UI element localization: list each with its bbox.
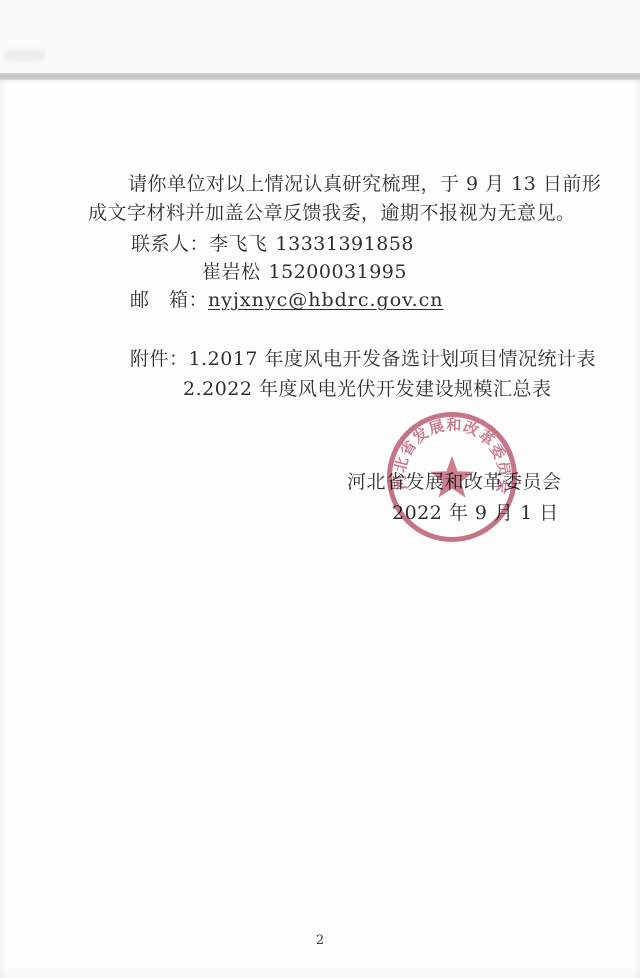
- page-edge-shadow-left: [0, 80, 7, 978]
- attachment-item-1: 1.2017 年度风电开发备选计划项目情况统计表: [189, 348, 597, 370]
- page-number: 2: [0, 933, 640, 948]
- email-label: 邮 箱：: [130, 289, 208, 311]
- contact-label: 联系人：: [131, 233, 209, 255]
- scan-top-strip: [0, 0, 640, 73]
- email-address: nyjxnyc@hbdrc.gov.cn: [208, 289, 444, 311]
- contact-line-2: 崔岩松15200031995: [202, 260, 407, 284]
- scanned-document-page: 请你单位对以上情况认真研究梳理，于 9 月 13 日前形 成文字材料并加盖公章反…: [0, 0, 640, 978]
- page-edge-shadow-bottom: [0, 964, 640, 978]
- contact-1-phone: 13331391858: [276, 233, 414, 255]
- contact-line-1: 联系人：李飞飞13331391858: [131, 232, 414, 256]
- body-text-line-2: 成文字材料并加盖公章反馈我委，逾期不报视为无意见。: [88, 201, 576, 225]
- issue-date: 2022 年 9 月 1 日: [392, 501, 559, 525]
- scan-smudge: [4, 49, 46, 61]
- page-edge-shadow-right: [633, 80, 640, 978]
- contact-1-name: 李飞飞: [209, 233, 268, 255]
- issuer-name: 河北省发展和改革委员会: [347, 470, 562, 494]
- attachment-line-2: 2.2022 年度风电光伏开发建设规模汇总表: [183, 377, 552, 401]
- attachment-item-2: 2.2022 年度风电光伏开发建设规模汇总表: [183, 378, 552, 400]
- email-line: 邮 箱：nyjxnyc@hbdrc.gov.cn: [130, 288, 444, 312]
- contact-2-name: 崔岩松: [202, 261, 261, 283]
- contact-2-phone: 15200031995: [269, 261, 407, 283]
- attachment-line-1: 附件：1.2017 年度风电开发备选计划项目情况统计表: [130, 347, 596, 371]
- body-text-line-1: 请你单位对以上情况认真研究梳理，于 9 月 13 日前形: [128, 172, 601, 196]
- scan-artifact-band: [0, 73, 640, 80]
- attachment-label: 附件：: [130, 348, 189, 370]
